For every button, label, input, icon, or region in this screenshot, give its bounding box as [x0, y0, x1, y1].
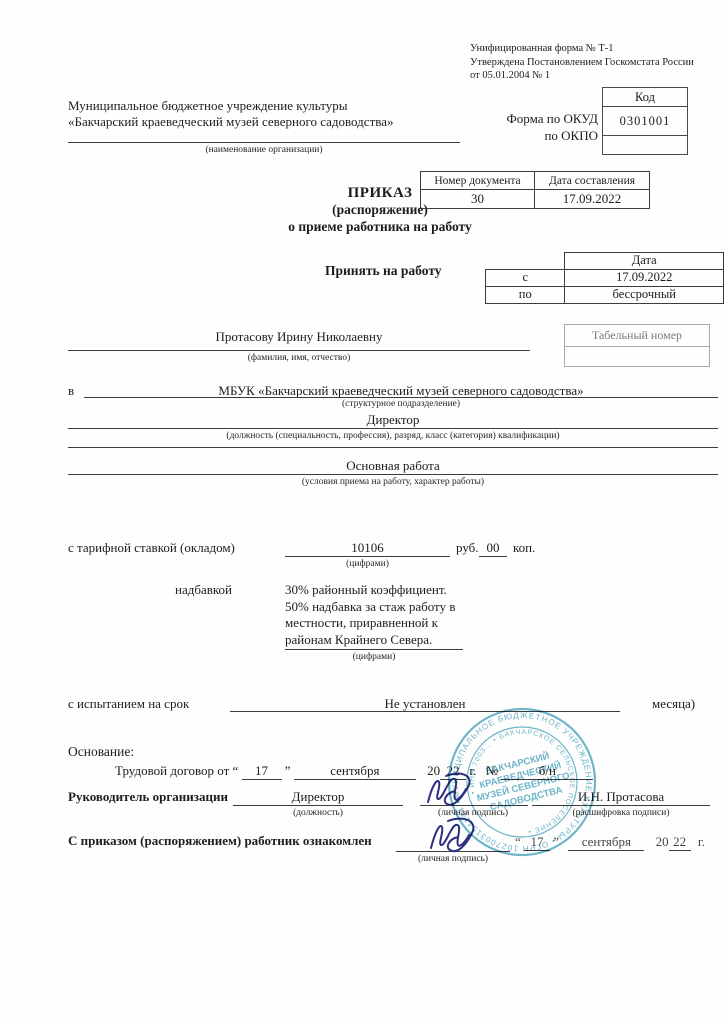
bonus-label: надбавкой — [175, 582, 232, 598]
work-type-underline — [68, 474, 718, 475]
kopeck-value: 00 — [479, 540, 507, 557]
head-position-caption: (должность) — [233, 808, 403, 818]
doc-date-header: Дата составления — [535, 172, 650, 190]
probation-suffix: месяца) — [652, 696, 695, 712]
blank-underline — [68, 447, 718, 448]
hire-date-table: Дата с 17.09.2022 по бессрочный — [485, 252, 724, 304]
form-note-line2: Утверждена Постановлением Госкомстата Ро… — [470, 56, 720, 70]
organization-name: Муниципальное бюджетное учреждение культ… — [68, 98, 468, 130]
bonus-caption: (цифрами) — [285, 652, 463, 662]
ack-year-prefix: 20 — [656, 834, 669, 849]
head-position: Директор — [233, 789, 403, 805]
ack-label: С приказом (распоряжением) работник озна… — [68, 833, 372, 849]
employee-name-caption: (фамилия, имя, отчество) — [68, 353, 530, 363]
work-type-caption: (условия приема на работу, характер рабо… — [68, 477, 718, 487]
bonus-line3: местности, приравненной к — [285, 615, 475, 632]
document-page: Унифицированная форма № Т-1 Утверждена П… — [0, 0, 724, 1024]
salary-amount: 10106 — [285, 540, 450, 556]
code-box-header: Код — [603, 88, 688, 107]
hire-from-value: 17.09.2022 — [565, 269, 724, 286]
rub-label: руб. — [456, 540, 479, 556]
bonus-line2: 50% надбавка за стаж работу в — [285, 599, 475, 616]
salary-amount-caption: (цифрами) — [285, 559, 450, 569]
placement-prefix: в — [68, 383, 74, 399]
department-caption: (структурное подразделение) — [84, 399, 718, 409]
head-sign-label: Руководитель организации — [68, 789, 228, 805]
department-underline — [84, 397, 718, 398]
hire-to-label: по — [486, 286, 565, 303]
form-note-line3: от 05.01.2004 № 1 — [470, 69, 720, 83]
doc-date-value: 17.09.2022 — [535, 190, 650, 209]
bonus-text: 30% районный коэффициент. 50% надбавка з… — [285, 582, 475, 648]
ack-year: 22 — [669, 834, 691, 851]
kop-label: коп. — [513, 540, 535, 556]
form-approval-note: Унифицированная форма № Т-1 Утверждена П… — [470, 42, 720, 83]
salary-amount-underline — [285, 556, 450, 557]
organization-caption: (наименование организации) — [68, 145, 460, 155]
hire-label: Принять на работу — [325, 263, 442, 279]
position-underline — [68, 428, 718, 429]
form-note-line1: Унифицированная форма № Т-1 — [470, 42, 720, 56]
basis-month: сентября — [294, 763, 416, 780]
okpo-value-cell — [603, 136, 688, 155]
basis-label: Основание: — [68, 744, 134, 760]
organization-underline — [68, 142, 460, 143]
organization-name-line2: «Бакчарский краеведческий музей северног… — [68, 114, 468, 130]
doc-number-value: 30 — [421, 190, 535, 209]
bonus-line4: районам Крайнего Севера. — [285, 632, 475, 649]
doc-number-header: Номер документа — [421, 172, 535, 190]
hire-blank-cell — [486, 253, 565, 270]
work-type-value: Основная работа — [68, 458, 718, 474]
code-box: Код 0301001 — [602, 87, 688, 155]
ack-year-suffix: г. — [698, 834, 705, 849]
hire-to-value: бессрочный — [565, 286, 724, 303]
hire-from-label: с — [486, 269, 565, 286]
employee-name-underline — [68, 350, 530, 351]
basis-prefix: Трудовой договор от “ — [115, 763, 238, 778]
title-sub2: о приеме работника на работу — [255, 218, 505, 235]
employee-name: Протасову Ирину Николаевну — [68, 329, 530, 345]
bonus-underline — [285, 649, 463, 650]
position-caption: (должность (специальность, профессия), р… — [68, 431, 718, 441]
okud-value-cell: 0301001 — [603, 107, 688, 136]
probation-label: с испытанием на срок — [68, 696, 189, 712]
salary-label: с тарифной ставкой (окладом) — [68, 540, 235, 556]
organization-name-line1: Муниципальное бюджетное учреждение культ… — [68, 98, 468, 114]
basis-day: 17 — [242, 763, 282, 780]
personnel-number-box: Табельный номер — [564, 324, 710, 367]
doc-number-table: Номер документа Дата составления 30 17.0… — [420, 171, 650, 209]
personnel-number-value — [565, 347, 710, 367]
head-position-underline — [233, 805, 403, 806]
hire-date-header: Дата — [565, 253, 724, 270]
personnel-number-label: Табельный номер — [565, 325, 710, 347]
position-value: Директор — [68, 412, 718, 428]
bonus-line1: 30% районный коэффициент. — [285, 582, 475, 599]
basis-close-quote: ” — [285, 763, 291, 778]
